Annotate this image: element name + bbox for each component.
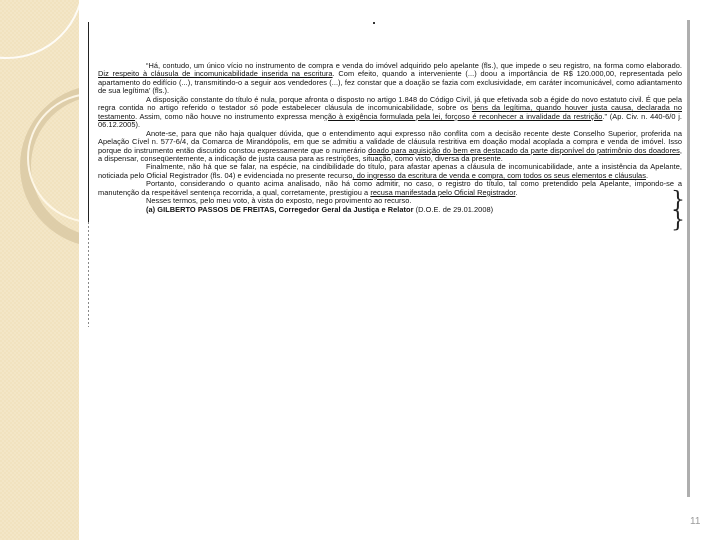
paragraph-disposicao: A disposição constante do título é nula,… [98, 96, 682, 130]
paragraph-anote-se: Anote-se, para que não haja qualquer dúv… [98, 130, 682, 164]
slide-right-rule [687, 20, 690, 497]
decorative-side-panel [0, 0, 79, 540]
paragraph-portanto: Portanto, considerando o quanto acima an… [98, 180, 682, 197]
paragraph-quote: “Há, contudo, um único vício no instrume… [98, 62, 682, 96]
scan-speck [373, 22, 375, 24]
paragraph-finalmente: Finalmente, não há que se falar, na espé… [98, 163, 682, 180]
handwritten-brace-mark: } [671, 210, 685, 232]
scanned-document: “Há, contudo, um único vício no instrume… [98, 62, 682, 214]
decorative-arc [0, 0, 79, 59]
page-number: 11 [690, 516, 700, 527]
underlined-passage: ção à exigência formulada pela lei, forç… [324, 112, 602, 121]
signature-line: (a) GILBERTO PASSOS DE FREITAS, Correged… [98, 206, 682, 214]
scan-edge-line [88, 22, 89, 222]
signature-name: (a) GILBERTO PASSOS DE FREITAS, Correged… [146, 205, 414, 214]
scan-edge-line-faint [88, 222, 89, 327]
